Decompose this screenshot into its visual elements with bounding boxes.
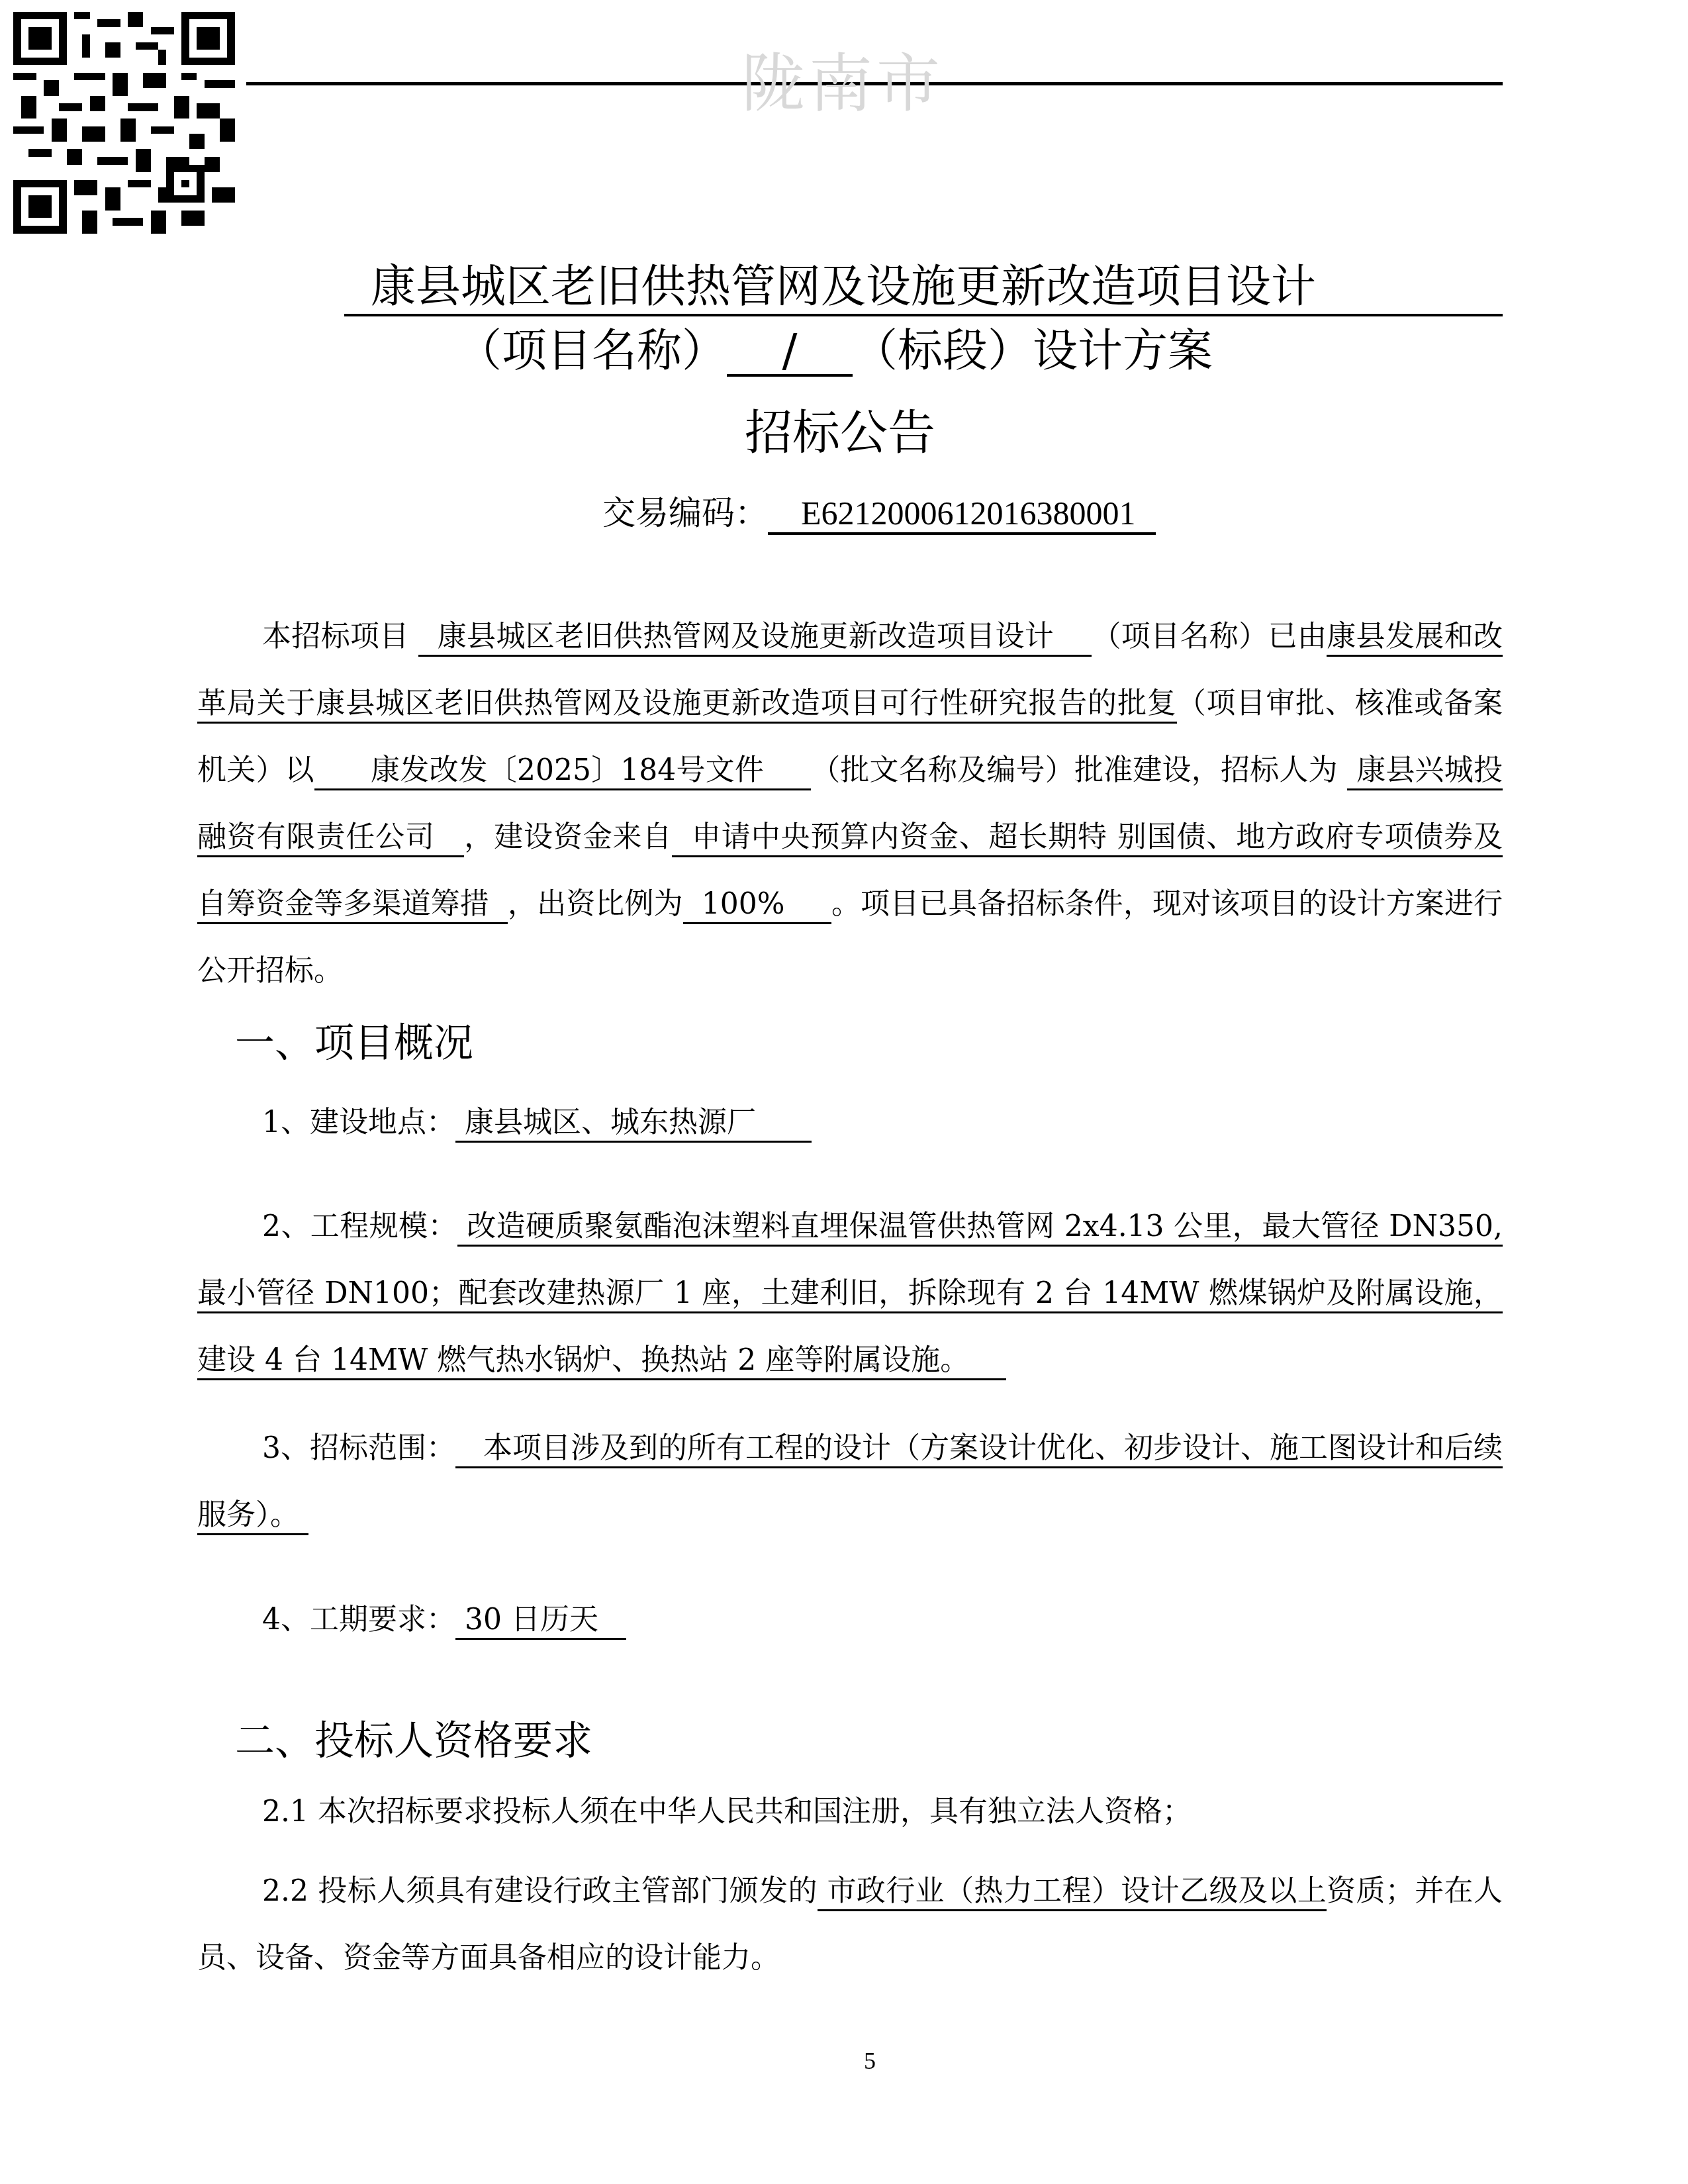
transaction-code-value: E6212000612016380001 <box>768 494 1156 535</box>
section-heading-qualifications: 二、投标人资格要求 <box>235 1709 592 1766</box>
notice-title: 招标公告 <box>745 408 935 456</box>
intro-paragraph: 本招标项目 康县城区老旧供热管网及设施更新改造项目设计 （项目名称）已由康县发展… <box>197 603 1503 1004</box>
item-label: 4、工期要求： <box>262 1603 455 1637</box>
title-section-blank: / <box>727 329 853 377</box>
title-project-name: 康县城区老旧供热管网及设施更新改造项目设计 <box>344 265 1503 316</box>
item-label: 2、工程规模： <box>262 1210 457 1243</box>
qualification-text: 2.2 投标人须具有建设行政主管部门颁发的 <box>262 1874 818 1908</box>
intro-text: （批文名称及编号）批准建设，招标人为 <box>811 753 1338 787</box>
qualification-grade: 市政行业（热力工程）设计乙级及以上 <box>818 1874 1327 1911</box>
transaction-code-label: 交易编码： <box>602 494 768 532</box>
overview-item-scope: 3、招标范围： 本项目涉及到的所有工程的设计（方案设计优化、初步设计、施工图设计… <box>197 1415 1503 1548</box>
title-line-2: （项目名称）/（标段）设计方案 <box>457 329 1213 377</box>
qualification-item-2: 2.2 投标人须具有建设行政主管部门颁发的 市政行业（热力工程）设计乙级及以上资… <box>197 1858 1503 1991</box>
overview-item-location: 1、建设地点： 康县城区、城东热源厂 <box>197 1089 1503 1156</box>
item-value: 康县城区、城东热源厂 <box>455 1106 812 1143</box>
qr-code-icon <box>13 10 235 235</box>
page-number: 5 <box>864 2047 876 2075</box>
funding-ratio-text: 100% <box>702 887 785 921</box>
item-value-text: 30 日历天 <box>465 1603 598 1637</box>
watermark: 陇南市 <box>741 33 944 124</box>
qualification-item-1: 2.1 本次招标要求投标人须在中华人民共和国注册，具有独立法人资格； <box>197 1778 1503 1845</box>
intro-text: ，建设资金来自 <box>464 820 672 854</box>
qualification-grade-text: 市政行业（热力工程）设计乙级及以上 <box>827 1874 1327 1908</box>
title-label-section: （标段）设计方案 <box>853 325 1213 377</box>
item-label: 3、招标范围： <box>262 1431 455 1465</box>
item-label: 1、建设地点： <box>262 1106 455 1139</box>
intro-text: 本招标项目 <box>262 620 409 653</box>
intro-project-name-text: 康县城区老旧供热管网及设施更新改造项目设计 <box>438 620 1054 653</box>
qr-code <box>13 10 235 235</box>
approval-doc-text: 康发改发〔2025〕184号文件 <box>371 753 764 787</box>
item-value-text: 康县城区、城东热源厂 <box>465 1106 756 1139</box>
intro-text: （项目名称）已由 <box>1092 620 1327 653</box>
approval-doc: 康发改发〔2025〕184号文件 <box>314 753 811 790</box>
overview-item-scale: 2、工程规模： 改造硬质聚氨酯泡沫塑料直埋保温管供热管网 2x4.13 公里，最… <box>197 1193 1503 1394</box>
intro-project-name: 康县城区老旧供热管网及设施更新改造项目设计 <box>418 620 1092 657</box>
overview-item-duration: 4、工期要求： 30 日历天 <box>197 1586 1503 1653</box>
transaction-code: 交易编码：E6212000612016380001 <box>602 487 1156 535</box>
intro-text: ，出资比例为 <box>508 887 683 921</box>
section-heading-overview: 一、项目概况 <box>235 1012 473 1068</box>
funding-ratio: 100% <box>683 887 831 924</box>
title-project-name-text: 康县城区老旧供热管网及设施更新改造项目设计 <box>344 261 1316 313</box>
item-value: 30 日历天 <box>455 1603 626 1640</box>
title-label-project: （项目名称） <box>457 325 727 377</box>
